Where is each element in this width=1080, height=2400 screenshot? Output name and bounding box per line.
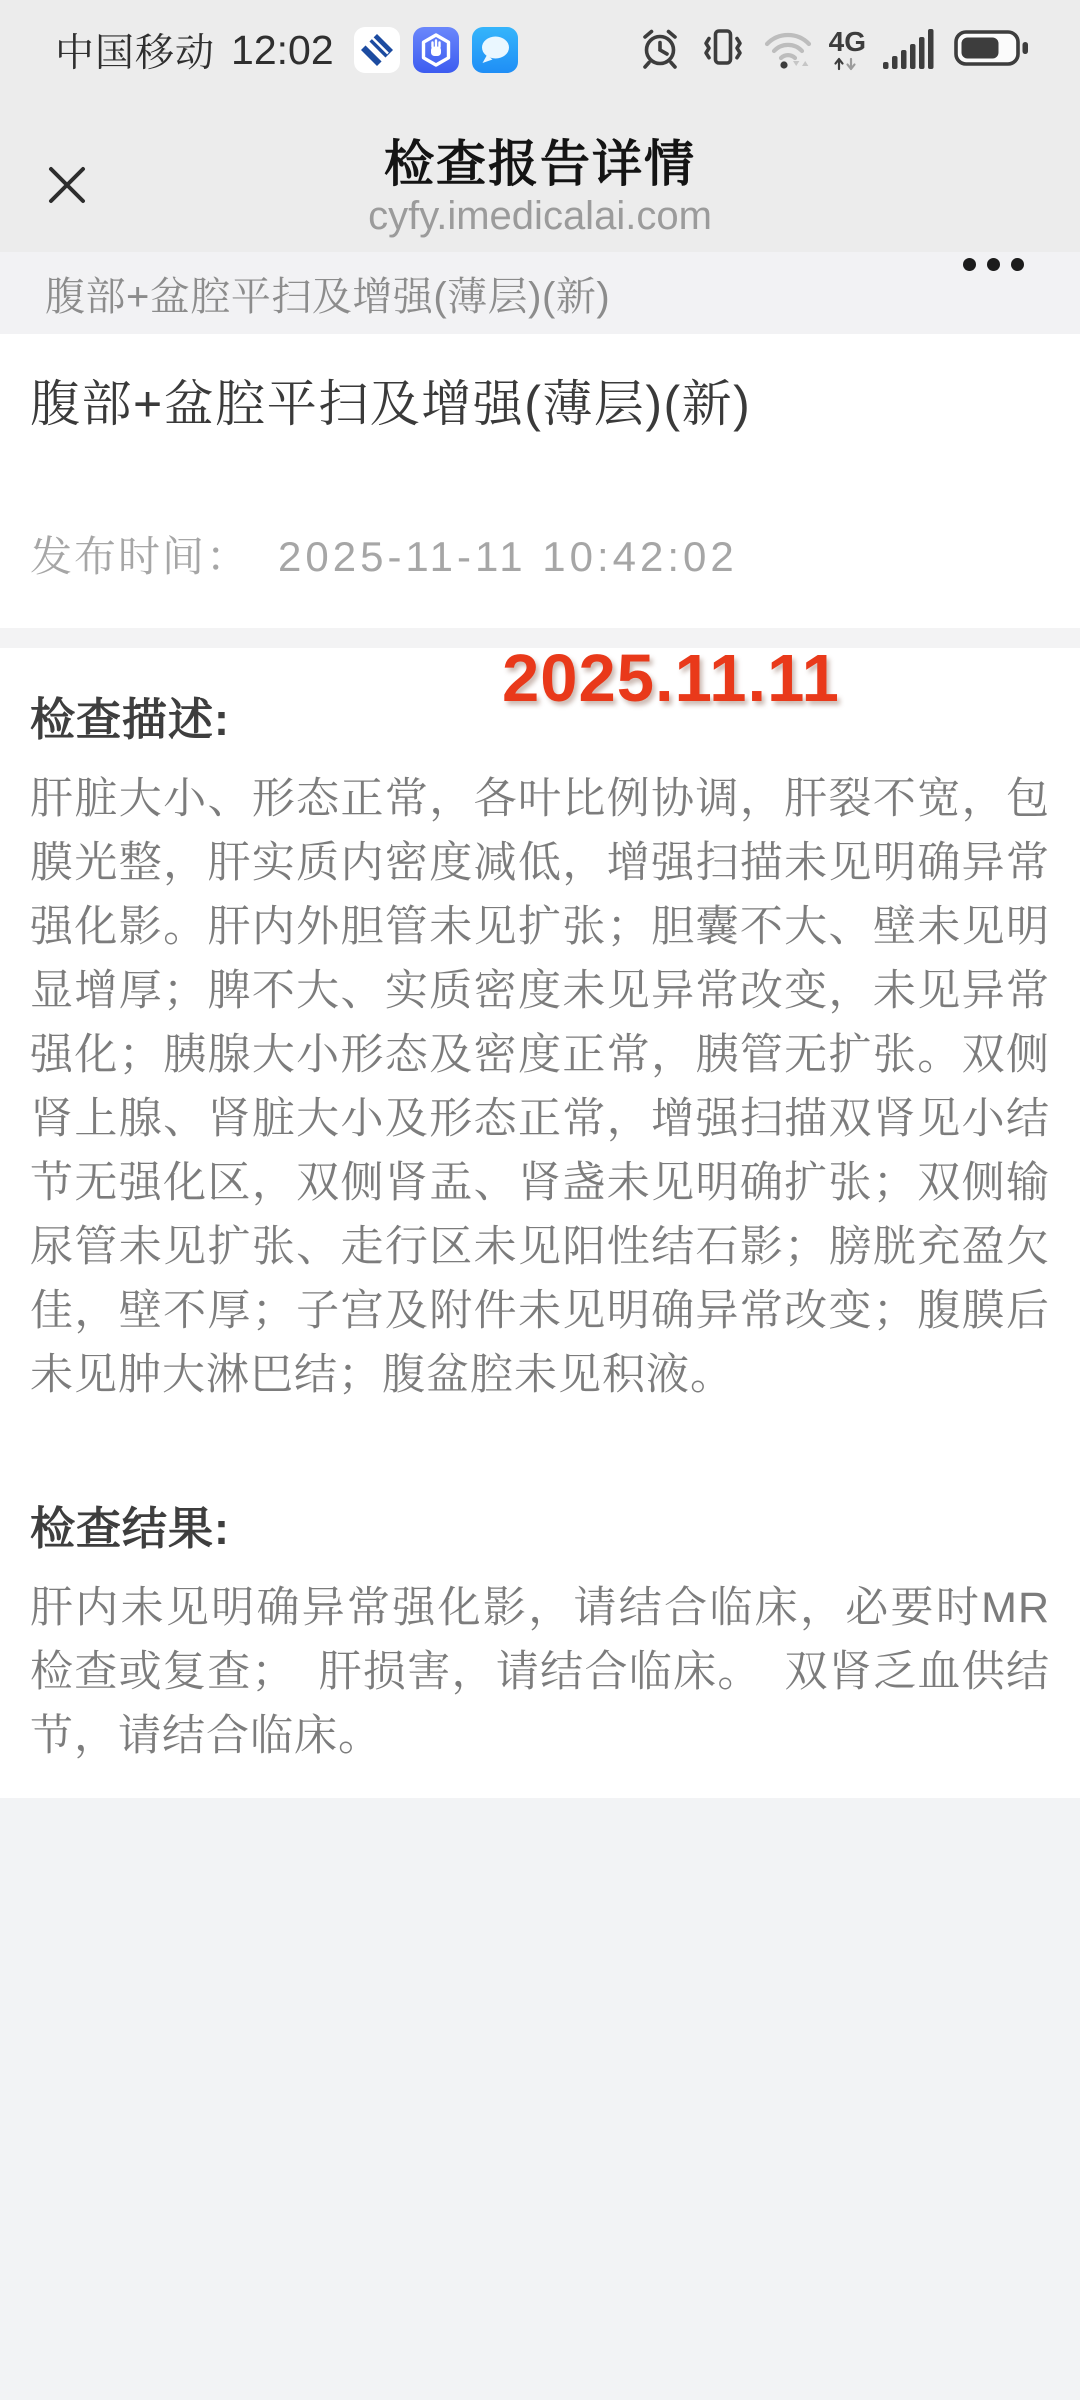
- publish-time-value: 2025-11-11 10:42:02: [278, 533, 738, 580]
- status-time: 12:02: [231, 27, 334, 74]
- signal-bars-icon: [881, 25, 939, 76]
- footer-space: [0, 1798, 1080, 2400]
- result-body: 肝内未见明确异常强化影，请结合临床，必要时MR检查或复查； 肝损害，请结合临床。…: [30, 1576, 1050, 1768]
- bank-app-icon: [354, 27, 400, 73]
- network-type-label: 4G: [829, 28, 866, 56]
- notification-app-icons: [354, 27, 518, 73]
- report-content: 腹部+盆腔平扫及增强(薄层)(新) 发布时间：2025-11-11 10:42:…: [0, 334, 1080, 1798]
- carrier-label: 中国移动: [55, 22, 215, 78]
- publish-time-label: 发布时间：: [30, 533, 250, 580]
- report-title: 腹部+盆腔平扫及增强(薄层)(新): [30, 334, 1050, 430]
- page-title: 检查报告详情: [0, 124, 1080, 196]
- messenger-app-icon: [472, 27, 518, 73]
- alarm-clock-icon: [636, 24, 684, 77]
- report-tab-label: 腹部+盆腔平扫及增强(薄层)(新): [45, 265, 610, 322]
- status-bar: 中国移动 12:02: [0, 0, 1080, 90]
- description-body: 肝脏大小、形态正常，各叶比例协调，肝裂不宽，包膜光整，肝实质内密度减低，增强扫描…: [30, 767, 1050, 1407]
- date-stamp: 2025.11.11: [502, 640, 840, 717]
- report-tab[interactable]: 腹部+盆腔平扫及增强(薄层)(新): [0, 252, 1080, 334]
- page-url: cyfy.imedicalai.com: [0, 194, 1080, 239]
- report-detail-page: 中国移动 12:02: [0, 0, 1080, 2400]
- security-app-icon: [413, 27, 459, 73]
- wifi-icon: [762, 25, 814, 76]
- network-type-4g: 4G: [829, 28, 866, 72]
- battery-icon: [954, 29, 1030, 72]
- publish-time-row: 发布时间：2025-11-11 10:42:02: [30, 524, 1050, 584]
- webview-header: 检查报告详情 cyfy.imedicalai.com: [0, 90, 1080, 252]
- result-heading: 检查结果:: [30, 1503, 1050, 1555]
- more-options-icon[interactable]: [963, 258, 1024, 271]
- system-status-icons: 4G: [636, 24, 1030, 77]
- vibrate-icon: [699, 24, 747, 77]
